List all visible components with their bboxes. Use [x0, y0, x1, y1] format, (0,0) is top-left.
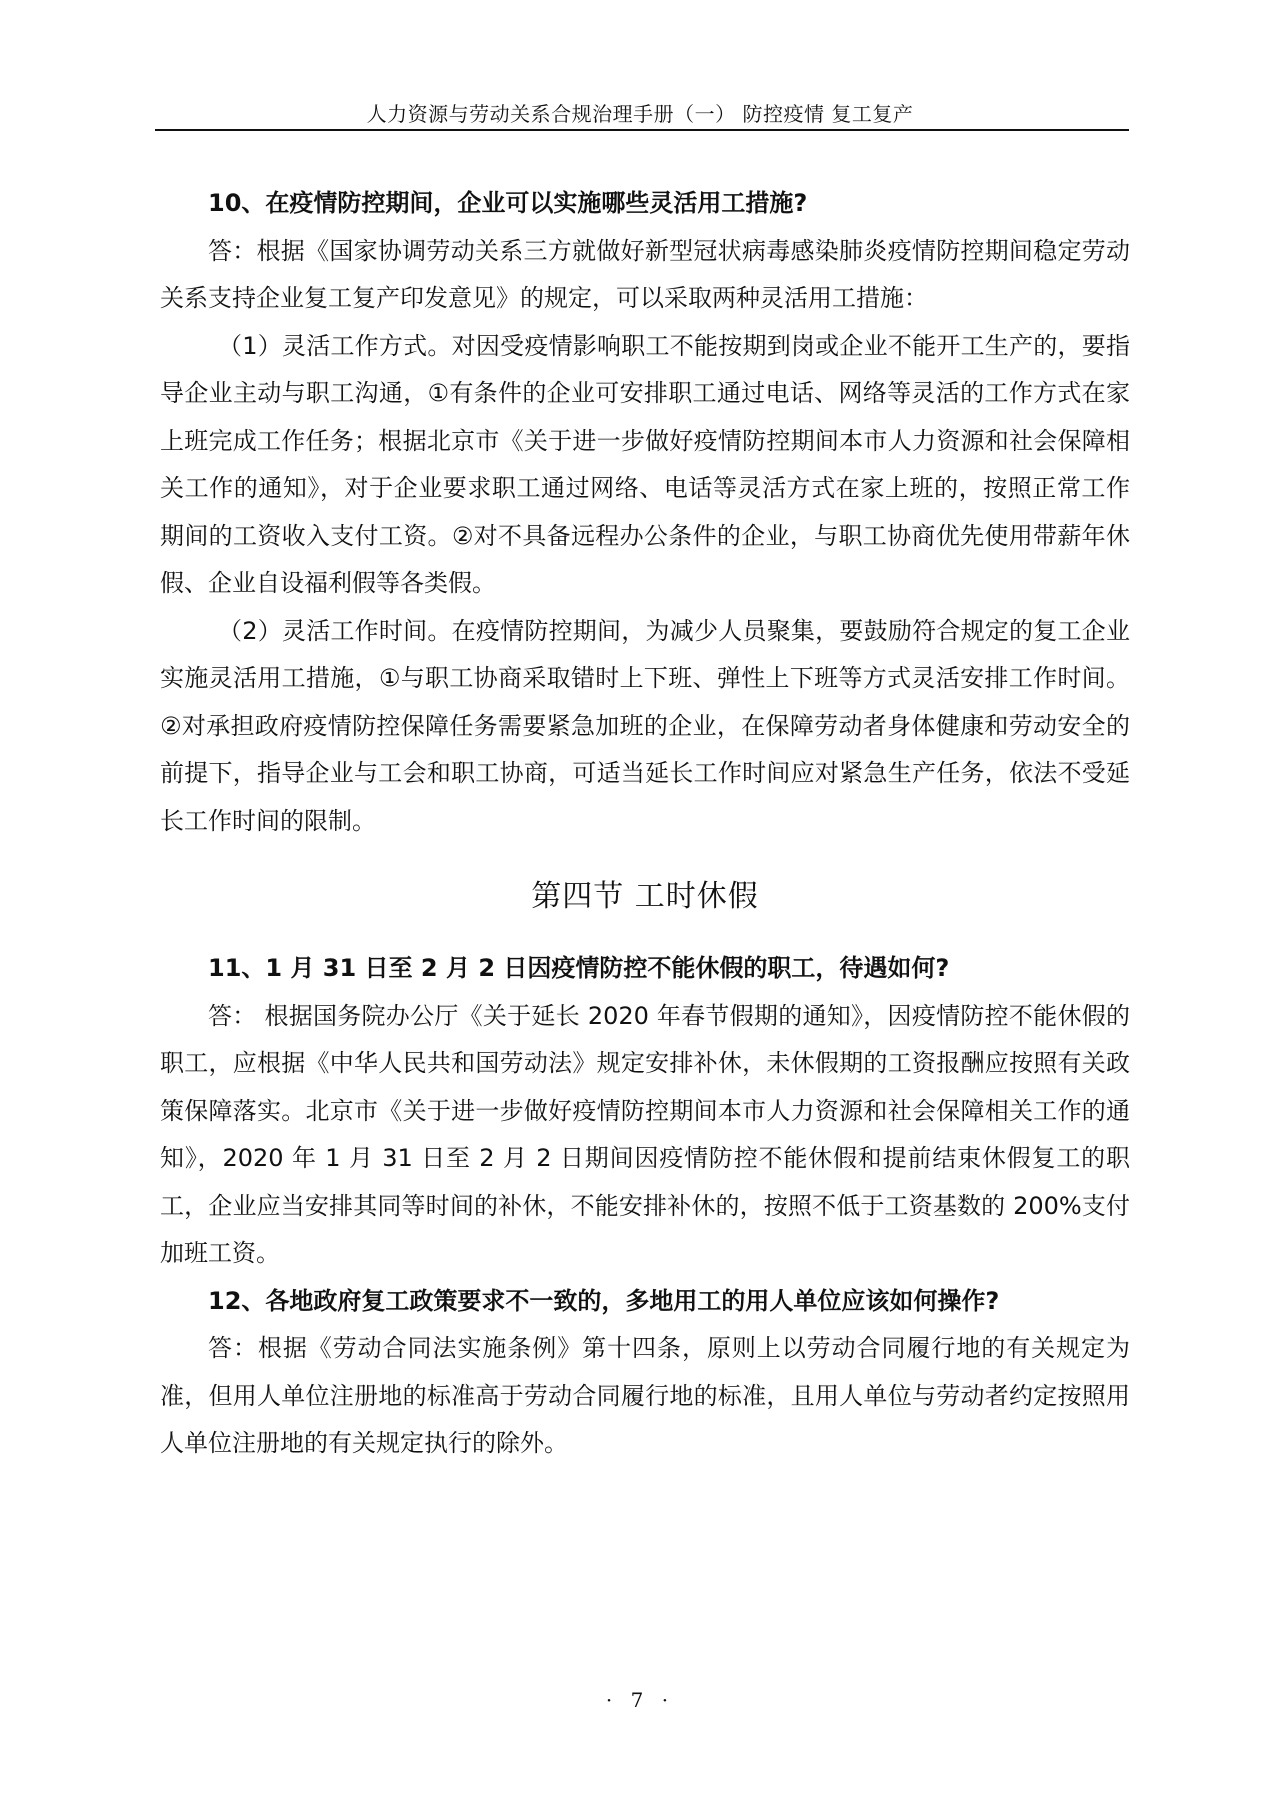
answer-10-item-1: （1）灵活工作方式。对因受疫情影响职工不能按期到岗或企业不能开工生产的，要指导企… — [160, 323, 1130, 608]
page-number: · 7 · — [0, 1688, 1280, 1712]
section-heading: 第四节 工时休假 — [160, 873, 1130, 921]
header-rule — [155, 129, 1129, 131]
running-header: 人力资源与劳动关系合规治理手册（一） 防控疫情 复工复产 — [0, 98, 1280, 127]
answer-10-intro: 答：根据《国家协调劳动关系三方就做好新型冠状病毒感染肺炎疫情防控期间稳定劳动关系… — [160, 228, 1130, 323]
answer-12: 答：根据《劳动合同法实施条例》第十四条，原则上以劳动合同履行地的有关规定为准，但… — [160, 1325, 1130, 1468]
question-11: 11、1 月 31 日至 2 月 2 日因疫情防控不能休假的职工，待遇如何? — [160, 945, 1130, 993]
answer-11: 答： 根据国务院办公厅《关于延长 2020 年春节假期的通知》，因疫情防控不能休… — [160, 993, 1130, 1278]
document-page: 人力资源与劳动关系合规治理手册（一） 防控疫情 复工复产 10、在疫情防控期间，… — [0, 0, 1280, 1810]
question-12: 12、各地政府复工政策要求不一致的，多地用工的用人单位应该如何操作? — [160, 1278, 1130, 1326]
page-content: 10、在疫情防控期间，企业可以实施哪些灵活用工措施? 答：根据《国家协调劳动关系… — [160, 180, 1130, 1468]
question-10: 10、在疫情防控期间，企业可以实施哪些灵活用工措施? — [160, 180, 1130, 228]
answer-10-item-2: （2）灵活工作时间。在疫情防控期间，为减少人员聚集，要鼓励符合规定的复工企业实施… — [160, 608, 1130, 846]
